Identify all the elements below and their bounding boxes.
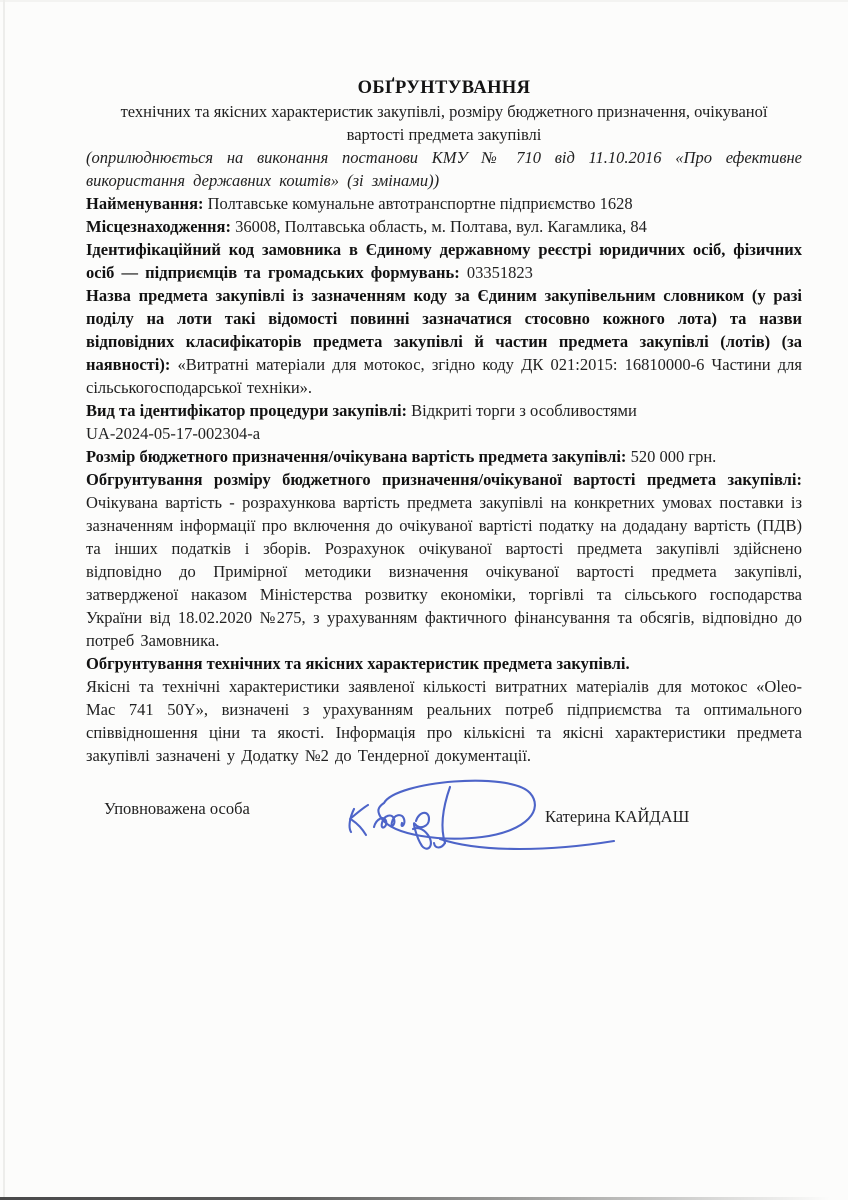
field-procedure-label: Вид та ідентифікатор процедури закупівлі… — [86, 401, 407, 420]
field-budget: Розмір бюджетного призначення/очікувана … — [86, 445, 802, 468]
field-justification-value: Очікувана вартість - розрахункова вартіс… — [86, 493, 802, 650]
field-procedure-value: Відкриті торги з особливостями — [411, 401, 637, 420]
page-title: ОБҐРУНТУВАННЯ — [86, 76, 802, 100]
scan-edge-top — [0, 0, 848, 2]
signature-row: Уповноважена особа — [86, 787, 802, 897]
page-subtitle-line2: вартості предмета закупівлі — [86, 123, 802, 146]
field-name-label: Найменування: — [86, 194, 204, 213]
signatory-name: Катерина КАЙДАШ — [545, 807, 689, 827]
field-justification-label: Обгрунтування розміру бюджетного признач… — [86, 470, 802, 489]
field-procedure: Вид та ідентифікатор процедури закупівлі… — [86, 399, 802, 422]
page-subtitle-line1: технічних та якісних характеристик закуп… — [86, 100, 802, 123]
field-location-label: Місцезнаходження: — [86, 217, 231, 236]
field-edrpou-value: 03351823 — [467, 263, 533, 282]
section-heading: Обгрунтування технічних та якісних харак… — [86, 652, 802, 675]
field-justification: Обгрунтування розміру бюджетного признач… — [86, 468, 802, 652]
tech-paragraph: Якісні та технічні характеристики заявле… — [86, 675, 802, 767]
scan-edge-left — [3, 0, 5, 1200]
field-budget-value: 520 000 грн. — [631, 447, 717, 466]
legal-note: (оприлюднюється на виконання постанови К… — [86, 146, 802, 192]
procedure-id: UA-2024-05-17-002304-a — [86, 422, 802, 445]
document-content: ОБҐРУНТУВАННЯ технічних та якісних харак… — [86, 76, 802, 897]
field-edrpou: Ідентифікаційний код замовника в Єдиному… — [86, 238, 802, 284]
field-subject: Назва предмета закупівлі із зазначенням … — [86, 284, 802, 399]
field-subject-value: «Витратні матеріали для мотокос, згідно … — [86, 355, 802, 397]
signatory-role: Уповноважена особа — [104, 799, 250, 819]
field-location: Місцезнаходження: 36008, Полтавська обла… — [86, 215, 802, 238]
field-budget-label: Розмір бюджетного призначення/очікувана … — [86, 447, 626, 466]
field-location-value: 36008, Полтавська область, м. Полтава, в… — [235, 217, 647, 236]
field-name-value: Полтавське комунальне автотранспортне пі… — [208, 194, 633, 213]
field-edrpou-label: Ідентифікаційний код замовника в Єдиному… — [86, 240, 802, 282]
field-name: Найменування: Полтавське комунальне авто… — [86, 192, 802, 215]
document-page: ОБҐРУНТУВАННЯ технічних та якісних харак… — [0, 0, 848, 1200]
